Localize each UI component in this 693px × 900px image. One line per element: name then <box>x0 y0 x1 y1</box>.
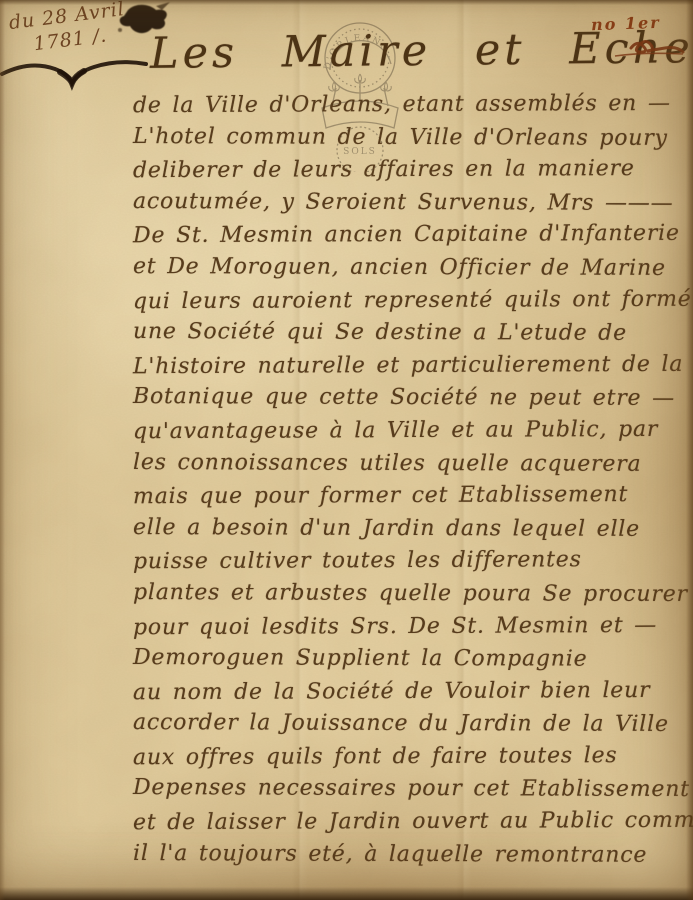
manuscript-line: et de laisser le Jardin ouvert au Public… <box>133 805 689 840</box>
manuscript-line: de la Ville d'Orleans, etant assemblés e… <box>133 88 689 123</box>
manuscript-body: de la Ville d'Orleans, etant assemblés e… <box>133 89 689 871</box>
manuscript-line: De St. Mesmin ancien Capitaine d'Infante… <box>133 218 689 253</box>
manuscript-line: qu'avantageuse à la Ville et au Public, … <box>133 414 689 449</box>
manuscript-line: et De Moroguen, ancien Officier de Marin… <box>133 251 689 286</box>
manuscript-line: L'hotel commun de la Ville d'Orleans pou… <box>133 121 689 156</box>
manuscript-line: une Société qui Se destine a L'etude de <box>133 316 689 351</box>
manuscript-line: deliberer de leurs affaires en la manier… <box>133 153 689 188</box>
manuscript-line: mais que pour former cet Etablissement <box>133 479 689 514</box>
manuscript-line: L'histoire naturelle et particulierement… <box>133 349 689 384</box>
manuscript-line: accorder la Jouissance du Jardin de la V… <box>133 707 689 742</box>
manuscript-line: elle a besoin d'un Jardin dans lequel el… <box>133 512 689 547</box>
manuscript-line: pour quoi lesdits Srs. De St. Mesmin et … <box>133 609 689 644</box>
flourish-brace <box>0 56 150 96</box>
paper-edge-left <box>0 0 5 900</box>
ink-blot <box>110 0 174 46</box>
manuscript-line: plantes et arbustes quelle poura Se proc… <box>133 577 689 612</box>
note-scribble <box>613 34 685 62</box>
manuscript-line: il l'a toujours eté, à laquelle remontra… <box>133 838 689 873</box>
manuscript-line: Depenses necessaires pour cet Etablissem… <box>133 772 689 807</box>
manuscript-page: D'ORLEANS SOLS Les Maire et Echevins du … <box>0 0 693 900</box>
manuscript-line: puisse cultiver toutes les differentes <box>133 544 689 579</box>
paper-edge-right <box>686 0 693 900</box>
note-number: no 1er <box>591 13 661 34</box>
manuscript-line: acoutumée, y Seroient Survenus, Mrs ——— <box>133 186 689 221</box>
manuscript-line: qui leurs auroient representé quils ont … <box>133 283 689 318</box>
manuscript-line: Botanique que cette Société ne peut etre… <box>133 381 689 416</box>
manuscript-line: les connoissances utiles quelle acquerer… <box>133 447 689 482</box>
manuscript-line: aux offres quils font de faire toutes le… <box>133 740 689 775</box>
paper-edge-top <box>0 0 693 5</box>
manuscript-line: au nom de la Société de Vouloir bien leu… <box>133 674 689 709</box>
manuscript-line: Demoroguen Supplient la Compagnie <box>133 642 689 677</box>
paper-edge-bottom <box>0 887 693 900</box>
